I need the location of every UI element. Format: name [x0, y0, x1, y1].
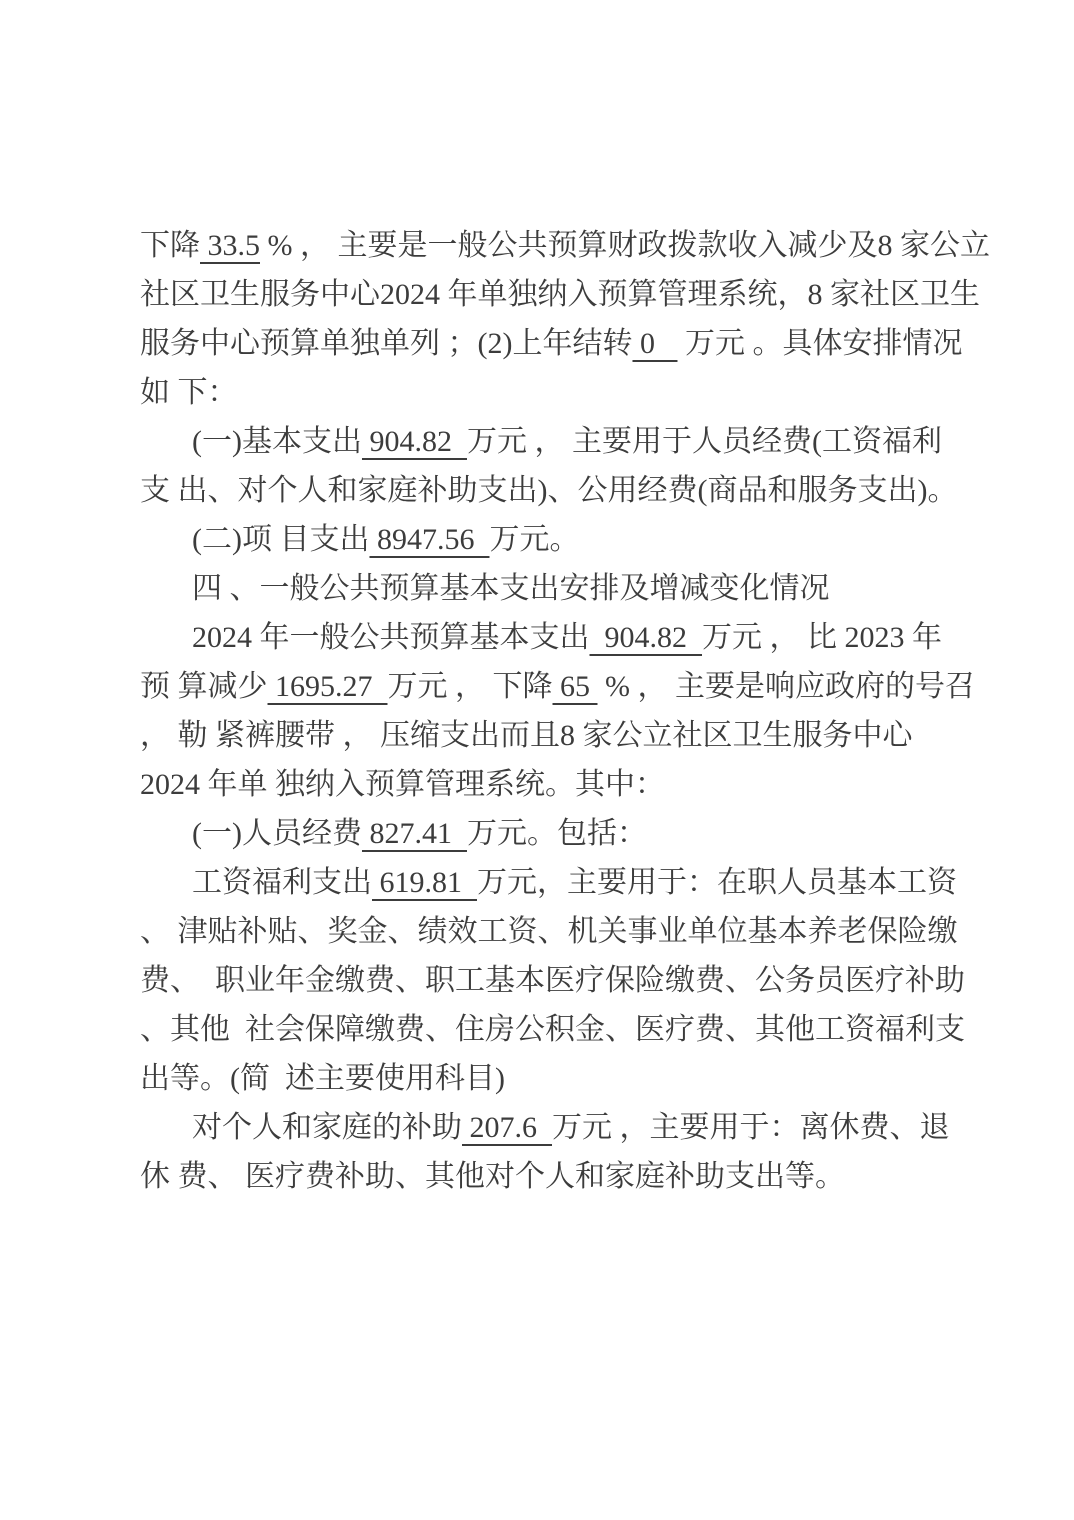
text-run: 如 下： — [140, 376, 238, 409]
underlined-value: 904.82 — [362, 425, 467, 458]
text-run: 休 费、 医疗费补助、其他对个人和家庭补助支出等。 — [140, 1160, 845, 1193]
underlined-value: 1695.27 — [268, 670, 388, 703]
text-line: 、 津贴补贴、奖金、绩效工资、机关事业单位基本养老保险缴 — [140, 907, 950, 956]
text-run: 万元。包括： — [467, 817, 647, 850]
text-run: 下降 — [140, 229, 200, 262]
text-run: 服务中心预算单独单列 ；(2)上年结转 — [140, 327, 632, 360]
text-line: 如 下： — [140, 368, 950, 417]
underlined-value: 8947.56 — [369, 523, 489, 556]
text-line: 工资福利支出 619.81 万元，主要用于：在职人员基本工资 — [140, 858, 950, 907]
text-run: (一)基本支出 — [192, 425, 362, 458]
text-run: 预 算减少 — [140, 670, 268, 703]
text-line: 下降 33.5 % ， 主要是一般公共预算财政拨款收入减少及8 家公立 — [140, 221, 950, 270]
text-run: 万元 ， 比 2023 年 — [702, 621, 942, 654]
text-line: 支 出、对个人和家庭补助支出)、公用经费(商品和服务支出)。 — [140, 466, 950, 515]
text-line: (一)基本支出 904.82 万元 ， 主要用于人员经费(工资福利 — [140, 417, 950, 466]
underlined-value: 0 — [632, 327, 677, 360]
text-run: ， 勒 紧裤腰带 ， 压缩支出而且8 家公立社区卫生服务中心 — [140, 719, 913, 752]
text-line: 社区卫生服务中心2024 年单独纳入预算管理系统，8 家社区卫生 — [140, 270, 950, 319]
text-run: (二)项 目支出 — [192, 523, 369, 556]
underlined-value: 827.41 — [362, 817, 467, 850]
underlined-value: 33.5 — [200, 229, 260, 262]
text-run: 、 津贴补贴、奖金、绩效工资、机关事业单位基本养老保险缴 — [140, 915, 958, 948]
text-run: 万元 ， 主要用于人员经费(工资福利 — [467, 425, 942, 458]
text-line: 预 算减少 1695.27 万元 ， 下降 65 % ， 主要是响应政府的号召 — [140, 662, 950, 711]
text-run: 万元 。具体安排情况 — [677, 327, 962, 360]
text-run: 万元。 — [489, 523, 579, 556]
text-line: 费、 职业年金缴费、职工基本医疗保险缴费、公务员医疗补助 — [140, 956, 950, 1005]
text-run: 对个人和家庭的补助 — [192, 1111, 462, 1144]
document-body: 下降 33.5 % ， 主要是一般公共预算财政拨款收入减少及8 家公立社区卫生服… — [140, 221, 950, 1201]
text-run: 工资福利支出 — [192, 866, 372, 899]
text-line: ， 勒 紧裤腰带 ， 压缩支出而且8 家公立社区卫生服务中心 — [140, 711, 950, 760]
underlined-value: 207.6 — [462, 1111, 552, 1144]
text-run: 四 、一般公共预算基本支出安排及增减变化情况 — [192, 572, 830, 605]
text-line: (二)项 目支出 8947.56 万元。 — [140, 515, 950, 564]
text-line: (一)人员经费 827.41 万元。包括： — [140, 809, 950, 858]
text-run: 2024 年单 独纳入预算管理系统。其中： — [140, 768, 665, 801]
text-line: 2024 年一般公共预算基本支出 904.82 万元 ， 比 2023 年 — [140, 613, 950, 662]
text-line: 2024 年单 独纳入预算管理系统。其中： — [140, 760, 950, 809]
underlined-value: 65 — [553, 670, 598, 703]
underlined-value: 619.81 — [372, 866, 477, 899]
text-line: 休 费、 医疗费补助、其他对个人和家庭补助支出等。 — [140, 1152, 950, 1201]
text-run: 社区卫生服务中心2024 年单独纳入预算管理系统，8 家社区卫生 — [140, 278, 980, 311]
underlined-value: 904.82 — [590, 621, 703, 654]
text-line: 、其他 社会保障缴费、住房公积金、医疗费、其他工资福利支 — [140, 1005, 950, 1054]
text-run: 万元，主要用于：在职人员基本工资 — [477, 866, 957, 899]
text-line: 出等。(简 述主要使用科目) — [140, 1054, 950, 1103]
text-run: 出等。(简 述主要使用科目) — [140, 1062, 505, 1095]
text-run: 2024 年一般公共预算基本支出 — [192, 621, 590, 654]
text-run: % ， 主要是响应政府的号召 — [598, 670, 976, 703]
text-line: 服务中心预算单独单列 ；(2)上年结转 0 万元 。具体安排情况 — [140, 319, 950, 368]
text-run: 费、 职业年金缴费、职工基本医疗保险缴费、公务员医疗补助 — [140, 964, 965, 997]
text-line: 四 、一般公共预算基本支出安排及增减变化情况 — [140, 564, 950, 613]
document-page: 下降 33.5 % ， 主要是一般公共预算财政拨款收入减少及8 家公立社区卫生服… — [0, 0, 1074, 1520]
text-run: % ， 主要是一般公共预算财政拨款收入减少及8 家公立 — [260, 229, 990, 262]
text-line: 对个人和家庭的补助 207.6 万元 ，主要用于：离休费、退 — [140, 1103, 950, 1152]
text-run: 万元 ，主要用于：离休费、退 — [552, 1111, 950, 1144]
text-run: 、其他 社会保障缴费、住房公积金、医疗费、其他工资福利支 — [140, 1013, 965, 1046]
text-run: 支 出、对个人和家庭补助支出)、公用经费(商品和服务支出)。 — [140, 474, 957, 507]
text-run: 万元 ， 下降 — [388, 670, 553, 703]
text-run: (一)人员经费 — [192, 817, 362, 850]
